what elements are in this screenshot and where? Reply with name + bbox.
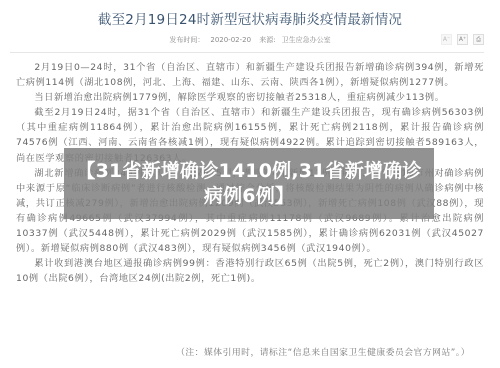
font-larger-icon[interactable]: A⁺ bbox=[457, 34, 468, 45]
overlay-headline: 【31省新增确诊1410例,31省新增确诊病例6例】 bbox=[74, 159, 424, 209]
print-icon[interactable]: ⎙ bbox=[473, 34, 484, 45]
article-title: 截至2月19日24时新型冠状病毒肺炎疫情最新情况 bbox=[0, 8, 500, 28]
publish-date: 2020-02-20 bbox=[210, 36, 251, 44]
headline-overlay: 【31省新增确诊1410例,31省新增确诊病例6例】 bbox=[64, 148, 434, 219]
article-tools: A⁻ A⁺ ⎙ bbox=[441, 34, 484, 45]
article-meta: 发布时间：2020-02-20 来源:卫生应急办公室 bbox=[0, 35, 500, 45]
paragraph-hk-macao-taiwan: 累计收到港澳台地区通报确诊病例99例：香港特别行政区65例（出院5例，死亡2例）… bbox=[16, 256, 484, 286]
source-name: 卫生应急办公室 bbox=[282, 36, 331, 44]
font-smaller-icon[interactable]: A⁻ bbox=[441, 34, 452, 45]
citation-note: （注：媒体引用时，请标注“信息来自国家卫生健康委员会官方网站”。） bbox=[0, 345, 470, 358]
source-label: 来源: bbox=[259, 36, 275, 44]
header-divider bbox=[10, 52, 484, 53]
paragraph-recoveries: 当日新增治愈出院病例1779例，解除医学观察的密切接触者25318人，重症病例减… bbox=[16, 90, 484, 105]
paragraph-new-cases: 2月19日0—24时，31个省（自治区、直辖市）和新疆生产建设兵团报告新增确诊病… bbox=[16, 60, 484, 90]
publish-label: 发布时间： bbox=[169, 36, 204, 44]
